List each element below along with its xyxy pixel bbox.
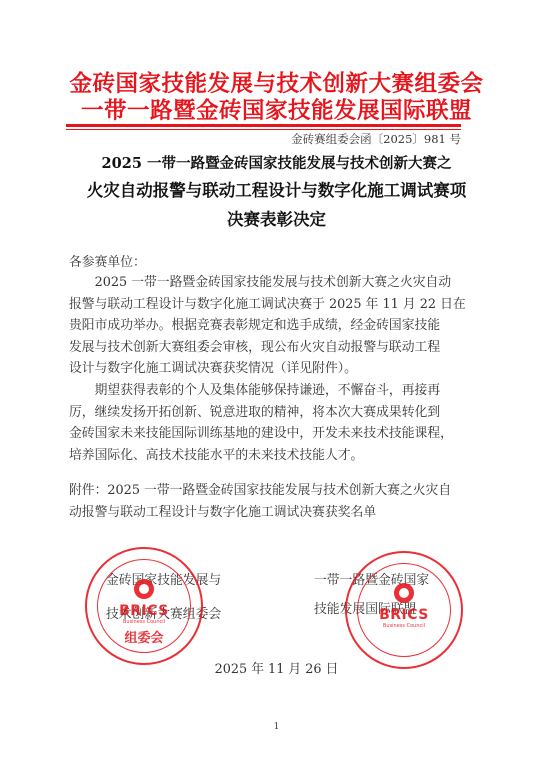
header-divider-thin (66, 129, 461, 130)
document-number: 金砖赛组委会函〔2025〕981 号 (291, 131, 461, 147)
document-title-line-3: 决赛表彰决定 (0, 206, 553, 230)
issuer-name-2: 一带一路暨金砖国家技能发展国际联盟 (0, 93, 553, 125)
paragraph-line: 发展与技术创新大赛组委会审核，现公布火灾自动报警与联动工程 (69, 337, 415, 359)
issue-date: 2025 年 11 月 26 日 (0, 658, 553, 677)
seal-chinese-text: 组委会 (87, 627, 201, 646)
paragraph-line: 培养国际化、高技术技能水平的未来技术技能人才。 (69, 445, 415, 467)
paragraph-announcement: 2025 一带一路暨金砖国家技能发展与技术创新大赛之火灾自动 报警与联动工程设计… (69, 272, 415, 380)
attachment-note: 附件：2025 一带一路暨金砖国家技能发展与技术创新大赛之火灾自 动报警与联动工… (69, 480, 451, 523)
header-divider-thick (66, 124, 461, 127)
seal-emblem-icon (134, 579, 154, 599)
seal-logo-text: BRICS (87, 603, 201, 619)
seal-logo-text: BRICS (347, 607, 461, 623)
document-title-line-2: 火灾自动报警与联动工程设计与数字化施工调试赛项 (0, 177, 553, 201)
page-number: 1 (0, 722, 553, 732)
seal-emblem-icon (394, 583, 414, 603)
document-page: 金砖国家技能发展与技术创新大赛组委会 一带一路暨金砖国家技能发展国际联盟 金砖赛… (0, 0, 553, 782)
official-seal-left: BRICS Business Council 组委会 (85, 547, 203, 665)
salutation: 各参赛单位： (69, 251, 146, 270)
seal-logo-subtext: Business Council (87, 619, 201, 625)
paragraph-line: 设计与数字化施工调试决赛获奖情况（详见附件）。 (69, 358, 415, 380)
document-title-line-1: 2025 一带一路暨金砖国家技能发展与技术创新大赛之 (0, 152, 553, 173)
paragraph-line: 厉，继续发扬开拓创新、锐意进取的精神，将本次大赛成果转化到 (69, 402, 415, 424)
paragraph-line: 期望获得表彰的个人及集体能够保持谦逊，不懈奋斗，再接再 (69, 380, 415, 402)
attachment-line: 动报警与联动工程设计与数字化施工调试决赛获奖名单 (69, 502, 451, 524)
attachment-line: 附件：2025 一带一路暨金砖国家技能发展与技术创新大赛之火灾自 (69, 480, 451, 502)
paragraph-expectation: 期望获得表彰的个人及集体能够保持谦逊，不懈奋斗，再接再 厉，继续发扬开拓创新、锐… (69, 380, 415, 466)
paragraph-line: 金砖国家未来技能国际训练基地的建设中，开发未来技术技能课程， (69, 423, 415, 445)
paragraph-line: 2025 一带一路暨金砖国家技能发展与技术创新大赛之火灾自动 (69, 272, 415, 294)
paragraph-line: 贵阳市成功举办。根据竞赛表彰规定和选手成绩，经金砖国家技能 (69, 315, 415, 337)
seal-logo-subtext: Business Council (347, 623, 461, 629)
paragraph-line: 报警与联动工程设计与数字化施工调试决赛于 2025 年 11 月 22 日在 (69, 294, 415, 316)
official-seal-right: BRICS Business Council (345, 551, 463, 669)
